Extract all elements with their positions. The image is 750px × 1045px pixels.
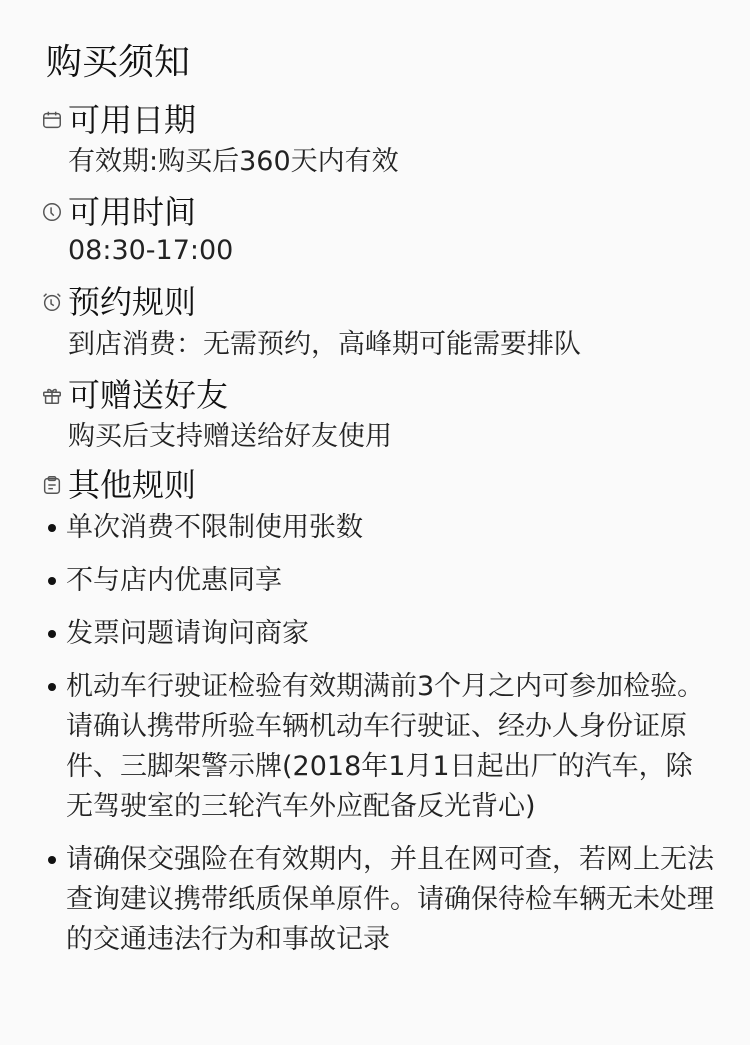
section-heading-label: 可用时间 xyxy=(68,190,196,234)
calendar-icon xyxy=(40,108,64,132)
section-gift-friend-body: 购买后支持赠送给好友使用 xyxy=(68,418,392,456)
section-reservation-rules-body: 到店消费：无需预约，高峰期可能需要排队 xyxy=(68,326,581,364)
section-heading-label: 预约规则 xyxy=(68,280,196,324)
rule-text: 发票问题请询问商家 xyxy=(66,614,716,654)
section-other-rules-heading: 其他规则 xyxy=(40,463,196,507)
section-heading-label: 其他规则 xyxy=(68,463,196,507)
clipboard-icon xyxy=(40,473,64,497)
section-heading-label: 可用日期 xyxy=(68,98,196,142)
rule-item: 不与店内优惠同享 xyxy=(46,561,716,601)
section-available-date-body: 有效期:购买后360天内有效 xyxy=(68,143,399,181)
gift-icon xyxy=(40,383,64,407)
other-rules-list: 单次消费不限制使用张数 不与店内优惠同享 发票问题请询问商家 机动车行驶证检验有… xyxy=(46,508,716,973)
rule-item: 请确保交强险在有效期内，并且在网可查，若网上无法查询建议携带纸质保单原件。请确保… xyxy=(46,840,716,960)
rule-text: 不与店内优惠同享 xyxy=(66,561,716,601)
section-heading-label: 可赠送好友 xyxy=(68,373,228,417)
page-title: 购买须知 xyxy=(46,38,190,88)
rule-text: 机动车行驶证检验有效期满前3个月之内可参加检验。请确认携带所验车辆机动车行驶证、… xyxy=(66,667,716,827)
section-available-time-body: 08:30-17:00 xyxy=(68,232,233,270)
bullet-dot xyxy=(48,856,56,864)
clock-icon xyxy=(40,200,64,224)
rule-text: 请确保交强险在有效期内，并且在网可查，若网上无法查询建议携带纸质保单原件。请确保… xyxy=(66,840,716,960)
section-available-date-heading: 可用日期 xyxy=(40,98,196,142)
section-available-time-heading: 可用时间 xyxy=(40,190,196,234)
section-gift-friend-heading: 可赠送好友 xyxy=(40,373,228,417)
rule-item: 发票问题请询问商家 xyxy=(46,614,716,654)
rule-item: 机动车行驶证检验有效期满前3个月之内可参加检验。请确认携带所验车辆机动车行驶证、… xyxy=(46,667,716,827)
section-reservation-rules-heading: 预约规则 xyxy=(40,280,196,324)
rule-item: 单次消费不限制使用张数 xyxy=(46,508,716,548)
bullet-dot xyxy=(48,683,56,691)
alarm-clock-icon xyxy=(40,290,64,314)
bullet-dot xyxy=(48,577,56,585)
bullet-dot xyxy=(48,630,56,638)
rule-text: 单次消费不限制使用张数 xyxy=(66,508,716,548)
bullet-dot xyxy=(48,524,56,532)
